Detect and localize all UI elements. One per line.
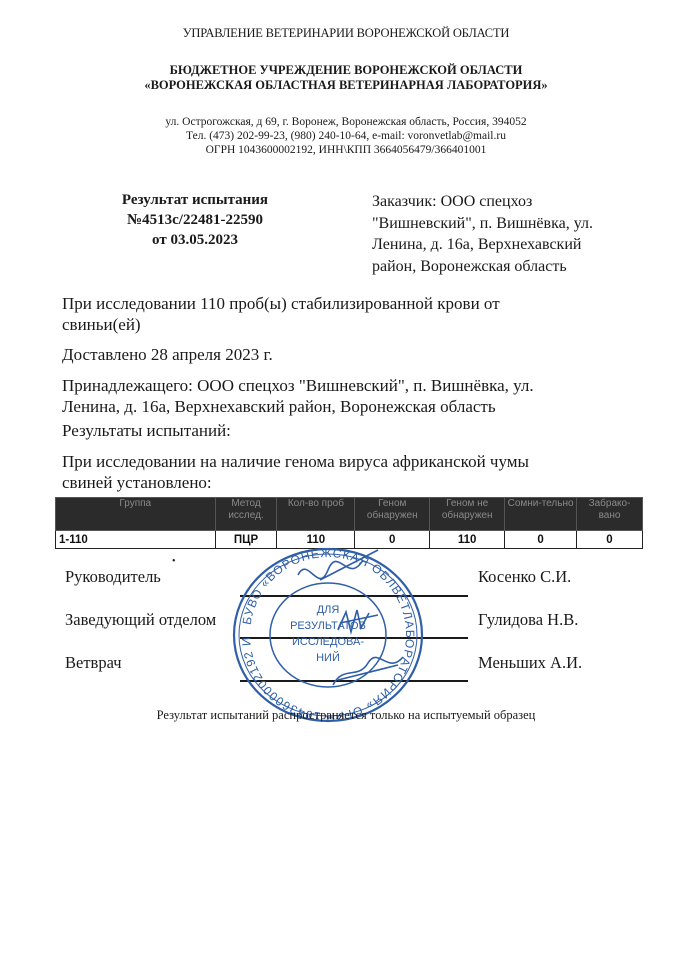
svg-text:ИССЛЕДОВА-: ИССЛЕДОВА- — [292, 636, 364, 648]
official-stamp-icon: БУВО «ВОРОНЕЖСКАЯ ОБЛВЕТЛАБОРАТОРИЯ» ОГР… — [228, 545, 428, 725]
conclusion-line: При исследовании на наличие генома вирус… — [62, 451, 662, 472]
owner-line: Принадлежащего: ООО спецхоз "Вишневский"… — [62, 375, 662, 396]
study-line: При исследовании 110 проб(ы) стабилизиро… — [62, 293, 662, 314]
svg-text:БУВО «ВОРОНЕЖСКАЯ ОБЛВЕТЛАБОРА: БУВО «ВОРОНЕЖСКАЯ ОБЛВЕТЛАБОРАТОРИЯ» ОГР… — [228, 545, 417, 724]
result-date: от 03.05.2023 — [70, 230, 320, 250]
customer-line: район, Воронежская область — [372, 256, 662, 278]
result-number: №4513с/22481-22590 — [70, 210, 320, 230]
result-title-block: Результат испытания №4513с/22481-22590 о… — [70, 190, 320, 250]
footer-note: Результат испытаний распространяется тол… — [0, 708, 692, 723]
signature-role-vet: Ветврач — [65, 653, 122, 673]
customer-block: Заказчик: ООО спецхоз "Вишневский", п. В… — [372, 191, 662, 277]
address: ул. Острогожская, д 69, г. Воронеж, Воро… — [0, 115, 692, 129]
signature-name-vet: Меньших А.И. — [478, 653, 582, 673]
institution-line-1: БЮДЖЕТНОЕ УЧРЕЖДЕНИЕ ВОРОНЕЖСКОЙ ОБЛАСТИ — [0, 63, 692, 78]
result-title: Результат испытания — [70, 190, 320, 210]
delivered-date: Доставлено 28 апреля 2023 г. — [62, 344, 662, 365]
column-header-doubtful: Сомни-тельно — [505, 498, 577, 531]
column-header-genome-detected: Геном обнаружен — [355, 498, 430, 531]
conclusion: При исследовании на наличие генома вирус… — [62, 451, 662, 493]
signature-role-department: Заведующий отделом — [65, 610, 216, 630]
institution-line-2: «ВОРОНЕЖСКАЯ ОБЛАСТНАЯ ВЕТЕРИНАРНАЯ ЛАБО… — [0, 78, 692, 93]
column-header-group: Группа — [56, 498, 216, 531]
results-heading: Результаты испытаний: — [62, 420, 662, 441]
study-description: При исследовании 110 проб(ы) стабилизиро… — [62, 293, 662, 335]
cell-doubtful: 0 — [505, 531, 577, 549]
institution-address-block: ул. Острогожская, д 69, г. Воронеж, Воро… — [0, 115, 692, 157]
svg-text:ДЛЯ: ДЛЯ — [317, 604, 340, 616]
customer-line: "Вишневский", п. Вишнёвка, ул. — [372, 213, 662, 235]
owner-info: Принадлежащего: ООО спецхоз "Вишневский"… — [62, 375, 662, 417]
svg-text:НИЙ: НИЙ — [316, 651, 340, 664]
stray-dot: • — [172, 556, 176, 567]
authority-header: УПРАВЛЕНИЕ ВЕТЕРИНАРИИ ВОРОНЕЖСКОЙ ОБЛАС… — [0, 26, 692, 41]
contacts: Тел. (473) 202-99-23, (980) 240-10-64, e… — [0, 129, 692, 143]
institution-name: БЮДЖЕТНОЕ УЧРЕЖДЕНИЕ ВОРОНЕЖСКОЙ ОБЛАСТИ… — [0, 63, 692, 93]
registration: ОГРН 1043600002192, ИНН\КПП 3664056479/3… — [0, 143, 692, 157]
study-line: свиньи(ей) — [62, 314, 662, 335]
cell-rejected: 0 — [577, 531, 643, 549]
owner-line: Ленина, д. 16а, Верхнехавский район, Вор… — [62, 396, 662, 417]
column-header-rejected: Забрако-вано — [577, 498, 643, 531]
conclusion-line: свиней установлено: — [62, 472, 662, 493]
column-header-sample-count: Кол-во проб — [277, 498, 355, 531]
column-header-genome-not-detected: Геном не обнаружен — [430, 498, 505, 531]
customer-line: Заказчик: ООО спецхоз — [372, 191, 662, 213]
results-table: Группа Метод исслед. Кол-во проб Геном о… — [55, 497, 643, 549]
signature-role-head: Руководитель — [65, 567, 161, 587]
customer-line: Ленина, д. 16а, Верхнехавский — [372, 234, 662, 256]
table-header-row: Группа Метод исслед. Кол-во проб Геном о… — [56, 498, 643, 531]
cell-group: 1-110 — [56, 531, 216, 549]
signature-name-department: Гулидова Н.В. — [478, 610, 578, 630]
cell-genome-not-detected: 110 — [430, 531, 505, 549]
column-header-method: Метод исслед. — [215, 498, 277, 531]
signature-name-head: Косенко С.И. — [478, 567, 571, 587]
